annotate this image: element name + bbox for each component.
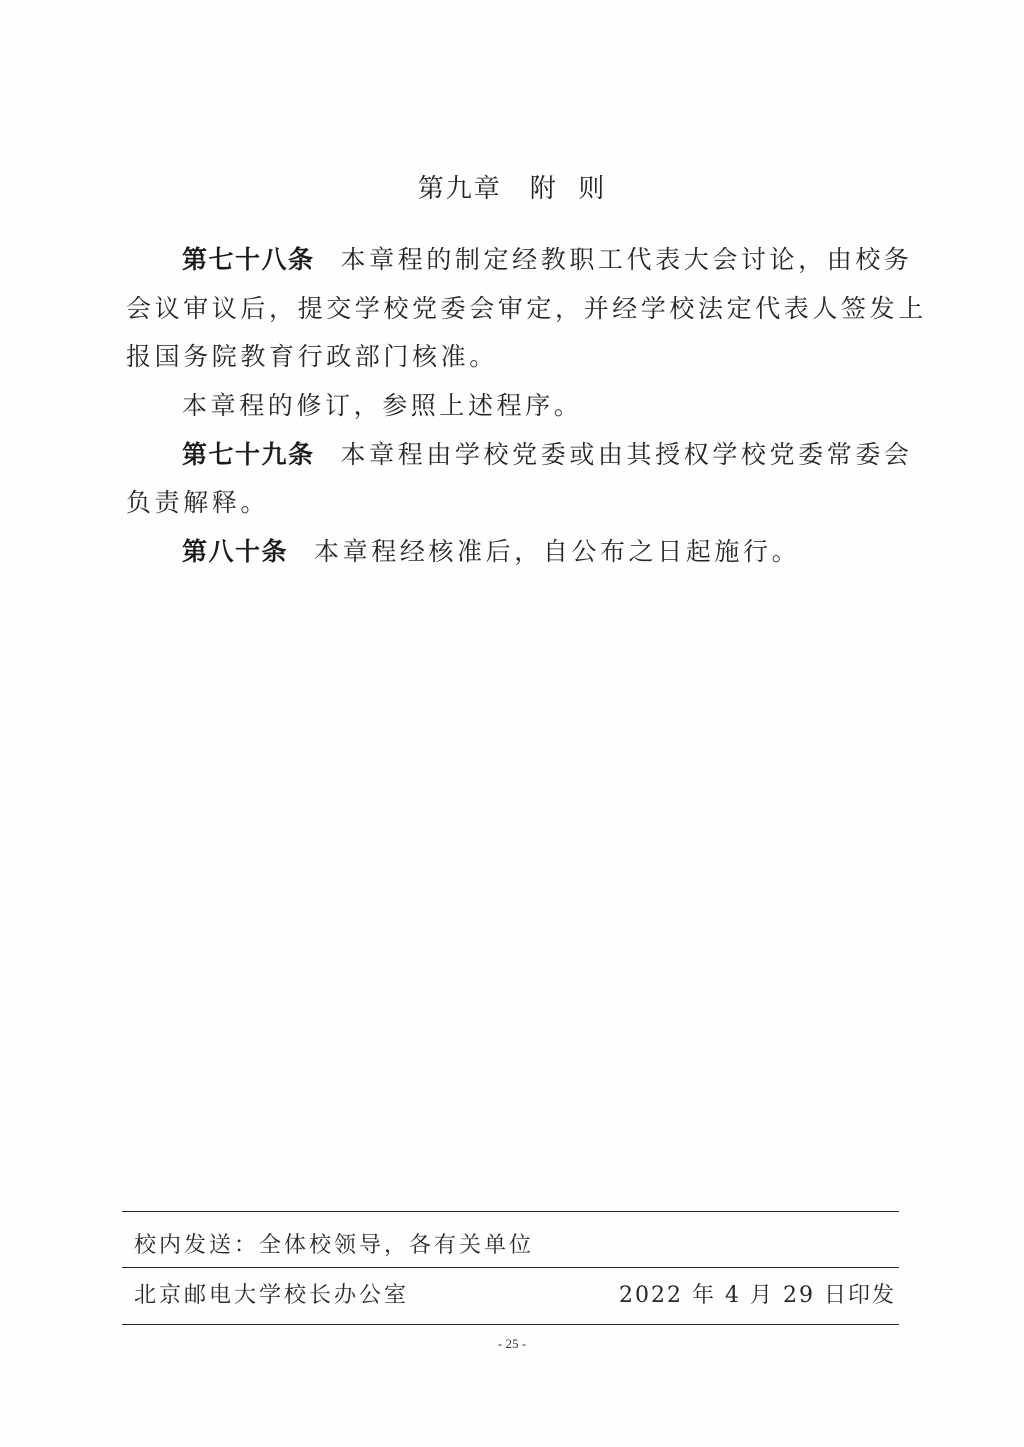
article-80-label: 第八十条 — [182, 537, 288, 566]
article-79-line-2: 负责解释。 — [126, 488, 906, 518]
chapter-name: 附 则 — [530, 174, 607, 204]
article-78-amendment: 本章程的修订，参照上述程序。 — [182, 391, 962, 421]
distribution-line: 校内发送：全体校领导，各有关单位 — [134, 1232, 534, 1260]
article-79-line-1: 第七十九条本章程由学校党委或由其授权学校党委常委会 — [182, 440, 962, 470]
article-79-label: 第七十九条 — [182, 440, 315, 469]
footer-rule-bottom — [122, 1324, 899, 1325]
article-78-label: 第七十八条 — [182, 245, 315, 274]
chapter-heading: 第九章附 则 — [0, 168, 1024, 205]
issue-date: 2022 年 4 月 29 日印发 — [619, 1282, 896, 1310]
issuer-office: 北京邮电大学校长办公室 — [134, 1282, 409, 1310]
article-text: 本章程的制定经教职工代表大会讨论，由校务 — [341, 245, 913, 274]
article-text: 本章程由学校党委或由其授权学校党委常委会 — [341, 440, 913, 469]
article-78-line-3: 报国务院教育行政部门核准。 — [126, 342, 906, 372]
chapter-number: 第九章 — [418, 174, 502, 204]
article-78-line-2: 会议审议后，提交学校党委会审定，并经学校法定代表人签发上 — [126, 294, 906, 324]
footer-rule-top — [122, 1211, 899, 1212]
page-number: - 25 - — [0, 1336, 1024, 1352]
article-78-line-1: 第七十八条本章程的制定经教职工代表大会讨论，由校务 — [182, 245, 962, 275]
footer-rule-middle — [122, 1267, 899, 1268]
article-text: 本章程经核准后，自公布之日起施行。 — [314, 537, 800, 566]
document-page: 第九章附 则 第七十八条本章程的制定经教职工代表大会讨论，由校务 会议审议后，提… — [0, 0, 1024, 1447]
article-80-line-1: 第八十条本章程经核准后，自公布之日起施行。 — [182, 537, 962, 567]
